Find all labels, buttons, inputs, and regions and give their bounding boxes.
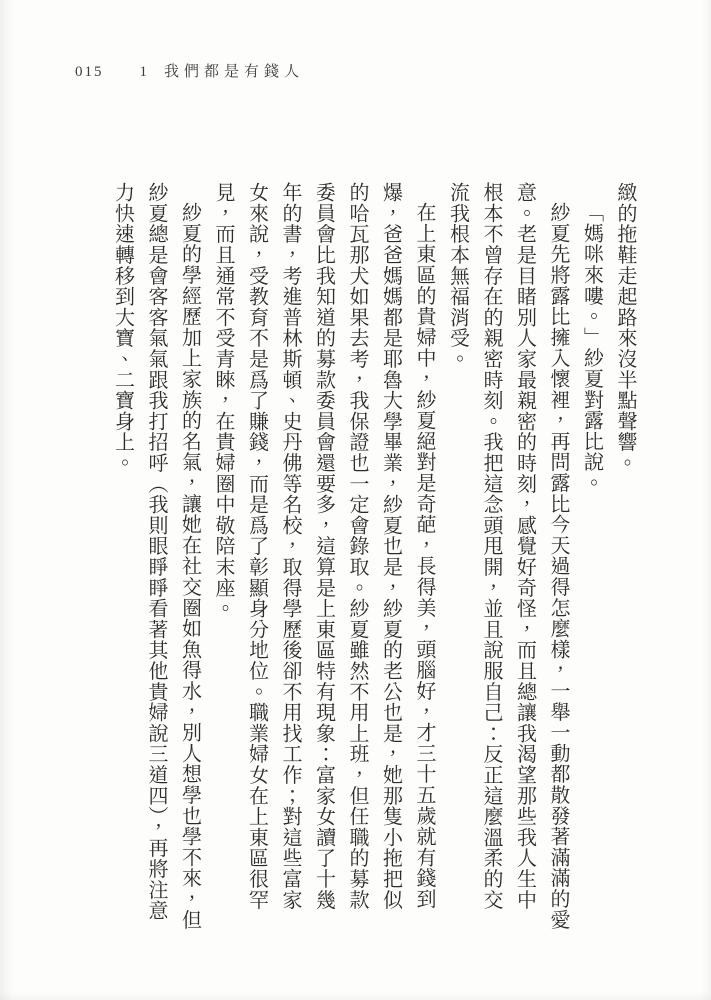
- paragraph: 緻的拖鞋走起路來沒半點聲響。: [608, 182, 642, 930]
- book-page: 015 1 我們都是有錢人 緻的拖鞋走起路來沒半點聲響。「媽咪來嘍。」紗夏對露比…: [0, 0, 711, 1000]
- paragraph: 紗夏的學經歷加上家族的名氣，讓她在社交圈如魚得水，別人想學也學不來，但紗夏總是會…: [105, 182, 206, 930]
- body-text: 緻的拖鞋走起路來沒半點聲響。「媽咪來嘍。」紗夏對露比說。紗夏先將露比擁入懷裡，再…: [105, 182, 641, 930]
- paragraph: 在上東區的貴婦中，紗夏絕對是奇葩，長得美，頭腦好，才三十五歲就有錢到爆，爸爸媽媽…: [206, 182, 441, 930]
- paragraph: 紗夏先將露比擁入懷裡，再問露比今天過得怎麼樣，一舉一動都散發著滿滿的愛意。老是目…: [440, 182, 574, 930]
- chapter-title: 我們都是有錢人: [164, 62, 304, 83]
- paragraph: 「媽咪來嘍。」紗夏對露比說。: [574, 182, 608, 930]
- page-edge-shadow-bottom: [0, 992, 711, 1000]
- chapter-number: 1: [140, 62, 148, 83]
- running-head: 015 1 我們都是有錢人: [75, 62, 304, 83]
- page-number: 015: [75, 62, 104, 83]
- page-edge-shadow-right: [701, 0, 711, 1000]
- page-edge-shadow-left: [0, 0, 14, 1000]
